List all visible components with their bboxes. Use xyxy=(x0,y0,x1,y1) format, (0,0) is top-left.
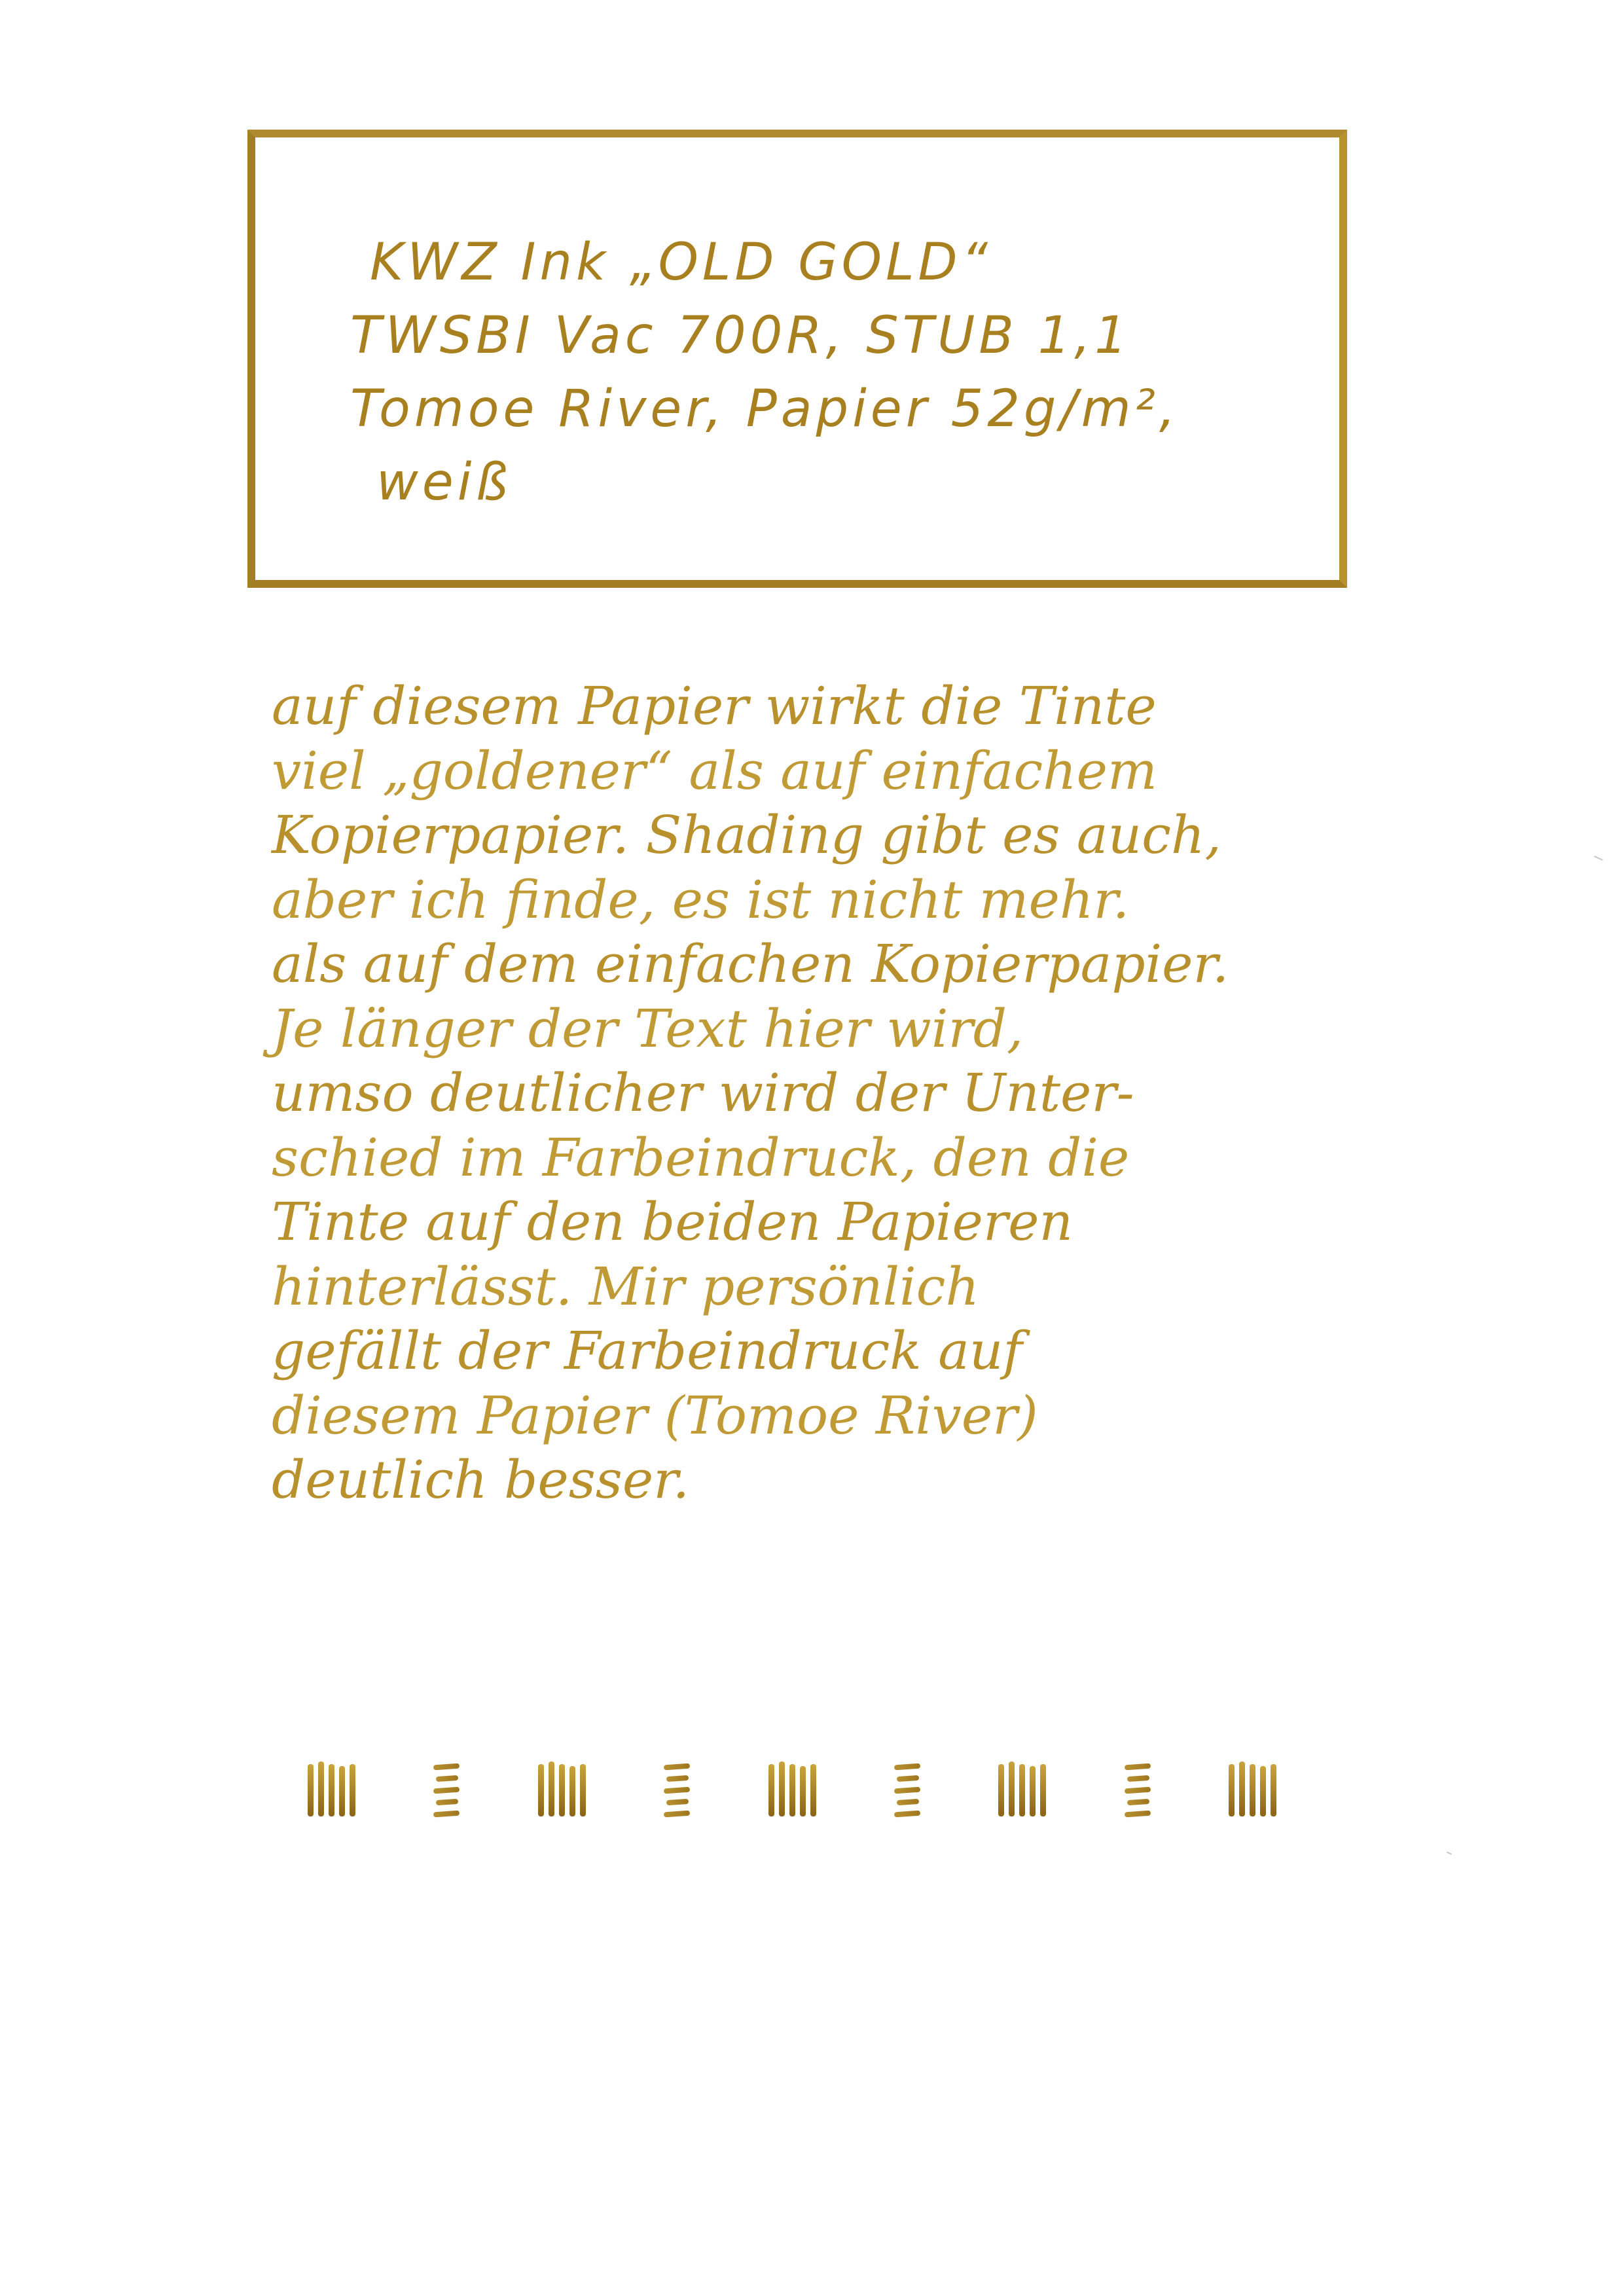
ink-stroke xyxy=(897,1775,919,1782)
vertical-stroke-group xyxy=(998,1764,1046,1816)
paper-line: Tomoe River, Papier 52g/m², xyxy=(350,372,1180,446)
ink-stroke xyxy=(318,1762,324,1816)
ink-stroke xyxy=(1124,1763,1150,1771)
ink-stroke xyxy=(894,1787,920,1794)
horizontal-stroke-group xyxy=(433,1764,460,1816)
paper-color-line: weiß xyxy=(376,446,1180,519)
body-line: Kopierpapier. Shading gibt es auch, xyxy=(272,803,1398,868)
ink-stroke xyxy=(580,1764,586,1816)
ink-stroke xyxy=(1229,1764,1235,1816)
ink-stroke xyxy=(339,1766,345,1816)
ink-stroke xyxy=(894,1811,920,1818)
ink-stroke xyxy=(800,1766,806,1816)
vertical-stroke-group xyxy=(308,1764,355,1816)
ink-stroke xyxy=(433,1811,460,1818)
ink-stroke xyxy=(998,1764,1004,1816)
ink-stroke xyxy=(1127,1799,1149,1805)
ink-stroke xyxy=(559,1764,565,1816)
ink-stroke xyxy=(1124,1787,1150,1794)
ink-stroke xyxy=(329,1764,334,1816)
handwritten-review-text: auf diesem Papier wirkt die Tinte viel „… xyxy=(272,674,1398,1513)
vertical-stroke-group xyxy=(768,1764,816,1816)
body-line: Je länger der Text hier wird, xyxy=(272,997,1398,1062)
body-line: Tinte auf den beiden Papieren xyxy=(272,1190,1398,1255)
ink-stroke xyxy=(1127,1775,1149,1782)
ink-stroke xyxy=(308,1764,314,1816)
body-line: diesem Papier (Tomoe River) xyxy=(272,1384,1398,1449)
ink-stroke xyxy=(433,1763,460,1771)
horizontal-stroke-group xyxy=(894,1764,920,1816)
ink-stroke xyxy=(1124,1811,1150,1818)
ink-stroke xyxy=(664,1811,690,1818)
body-line: umso deutlicher wird der Unter- xyxy=(272,1061,1398,1126)
ink-stroke xyxy=(664,1763,690,1771)
ink-stroke xyxy=(436,1775,458,1782)
stroke-test-row xyxy=(308,1754,1276,1826)
paper-speck xyxy=(1594,856,1603,861)
ink-name-line: KWZ Ink „OLD GOLD“ xyxy=(370,226,1180,299)
ink-stroke xyxy=(436,1799,458,1805)
pen-line: TWSBI Vac 700R, STUB 1,1 xyxy=(350,299,1180,372)
ink-stroke xyxy=(569,1766,575,1816)
ink-stroke xyxy=(779,1762,785,1816)
horizontal-stroke-group xyxy=(664,1764,690,1816)
ink-stroke xyxy=(1009,1762,1015,1816)
ink-stroke xyxy=(789,1764,795,1816)
ink-stroke xyxy=(538,1764,544,1816)
ink-stroke xyxy=(666,1775,689,1782)
ink-stroke xyxy=(897,1799,919,1805)
ink-stroke xyxy=(666,1799,689,1805)
body-line: aber ich finde, es ist nicht mehr. xyxy=(272,868,1398,933)
horizontal-stroke-group xyxy=(1125,1764,1151,1816)
ink-stroke xyxy=(1271,1764,1276,1816)
vertical-stroke-group xyxy=(538,1764,586,1816)
header-box-text: KWZ Ink „OLD GOLD“ TWSBI Vac 700R, STUB … xyxy=(370,226,1180,519)
ink-stroke xyxy=(768,1764,774,1816)
vertical-stroke-group xyxy=(1229,1764,1276,1816)
body-line: deutlich besser. xyxy=(272,1448,1398,1513)
body-line: hinterlässt. Mir persönlich xyxy=(272,1255,1398,1320)
ink-stroke xyxy=(664,1787,690,1794)
body-line: als auf dem einfachen Kopierpapier. xyxy=(272,932,1398,997)
ink-review-page: KWZ Ink „OLD GOLD“ TWSBI Vac 700R, STUB … xyxy=(0,0,1624,2295)
ink-stroke xyxy=(1239,1762,1245,1816)
body-line: schied im Farbeindruck, den die xyxy=(272,1126,1398,1191)
ink-stroke xyxy=(350,1764,355,1816)
ink-stroke xyxy=(894,1763,920,1771)
ink-stroke xyxy=(549,1762,554,1816)
ink-stroke xyxy=(1040,1764,1046,1816)
ink-stroke xyxy=(1030,1766,1036,1816)
ink-stroke xyxy=(1260,1766,1266,1816)
paper-speck xyxy=(1447,1851,1452,1854)
body-line: gefällt der Farbeindruck auf xyxy=(272,1319,1398,1384)
ink-stroke xyxy=(1019,1764,1025,1816)
body-line: auf diesem Papier wirkt die Tinte xyxy=(272,674,1398,739)
ink-stroke xyxy=(810,1764,816,1816)
ink-stroke xyxy=(433,1787,460,1794)
body-line: viel „goldener“ als auf einfachem xyxy=(272,739,1398,804)
ink-stroke xyxy=(1250,1764,1255,1816)
